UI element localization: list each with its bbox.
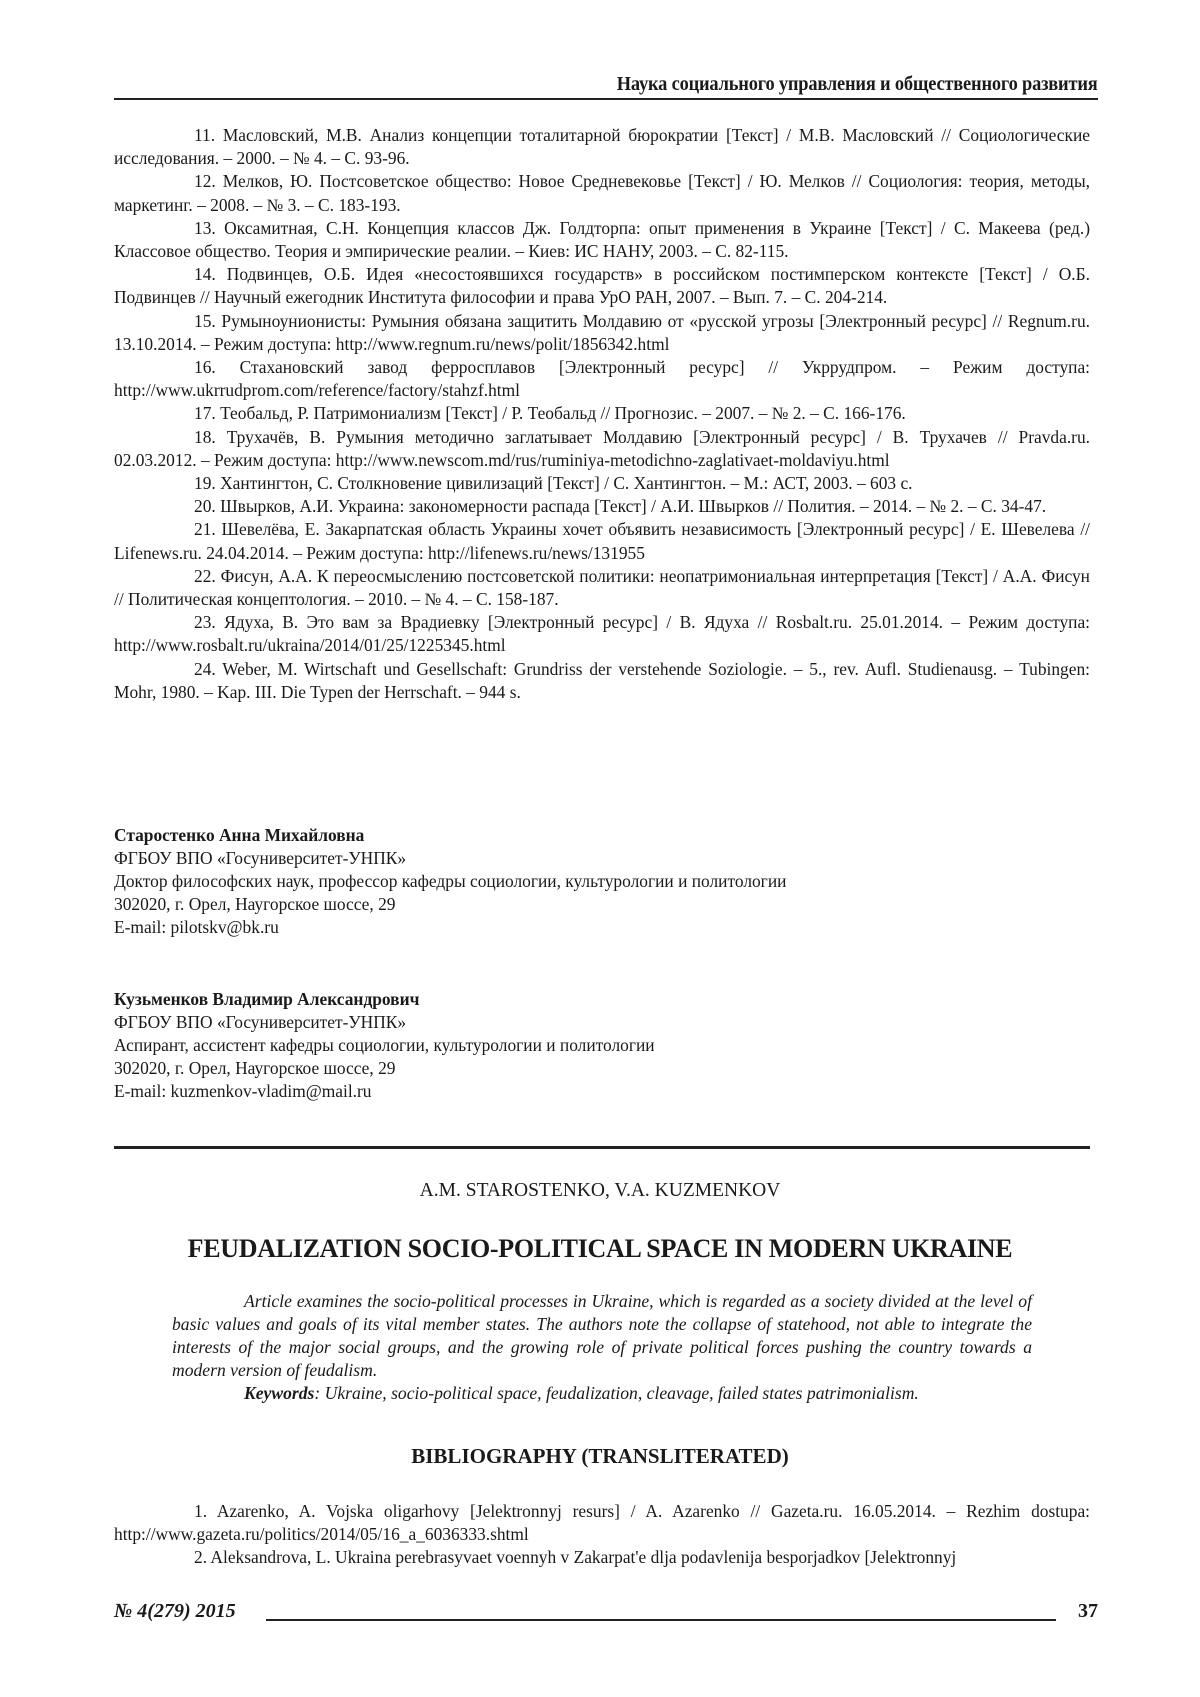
reference-item: 17. Теобальд, Р. Патримониализм [Текст] …	[114, 402, 1090, 425]
page-number: 37	[1078, 1600, 1098, 1623]
reference-item: 18. Трухачёв, В. Румыния методично загла…	[114, 426, 1090, 472]
section-divider	[114, 1146, 1090, 1149]
author-name: Кузьменков Владимир Александрович	[114, 988, 655, 1011]
reference-item: 19. Хантингтон, С. Столкновение цивилиза…	[114, 472, 1090, 495]
reference-item: 23. Ядуха, В. Это вам за Врадиевку [Элек…	[114, 611, 1090, 657]
reference-item: 16. Стахановский завод ферросплавов [Эле…	[114, 356, 1090, 402]
reference-item: 14. Подвинцев, О.Б. Идея «несостоявшихся…	[114, 263, 1090, 309]
running-header: Наука социального управления и обществен…	[114, 70, 1098, 100]
author-address: 302020, г. Орел, Наугорское шоссе, 29	[114, 1057, 655, 1080]
abstract-text: Article examines the socio-political pro…	[172, 1290, 1032, 1382]
journal-title: Наука социального управления и обществен…	[617, 73, 1098, 96]
keywords-label: Keywords	[244, 1383, 314, 1403]
english-authors: A.M. STAROSTENKO, V.A. KUZMENKOV	[0, 1180, 1200, 1202]
references-transliterated: 1. Azarenko, A. Vojska oligarhovy [Jelek…	[114, 1500, 1090, 1570]
keywords-list: : Ukraine, socio-political space, feudal…	[314, 1383, 918, 1403]
issue-number: № 4(279) 2015	[114, 1600, 236, 1623]
bibliography-heading: BIBLIOGRAPHY (TRANSLITERATED)	[0, 1444, 1200, 1469]
author-position: Аспирант, ассистент кафедры социологии, …	[114, 1034, 655, 1057]
reference-item: 22. Фисун, А.А. К переосмыслению постсов…	[114, 565, 1090, 611]
author-info-block: Старостенко Анна Михайловна ФГБОУ ВПО «Г…	[114, 824, 786, 939]
reference-item: 11. Масловский, М.В. Анализ концепции то…	[114, 124, 1090, 170]
reference-item: 21. Шевелёва, Е. Закарпатская область Ук…	[114, 518, 1090, 564]
references-russian: 11. Масловский, М.В. Анализ концепции то…	[114, 124, 1090, 704]
footer-rule	[266, 1619, 1056, 1621]
author-address: 302020, г. Орел, Наугорское шоссе, 29	[114, 893, 786, 916]
english-title: FEUDALIZATION SOCIO-POLITICAL SPACE IN M…	[0, 1234, 1200, 1264]
author-name: Старостенко Анна Михайловна	[114, 824, 786, 847]
document-page: Наука социального управления и обществен…	[0, 0, 1200, 1697]
reference-item: 1. Azarenko, A. Vojska oligarhovy [Jelek…	[114, 1500, 1090, 1546]
reference-item: 15. Румыноунионисты: Румыния обязана защ…	[114, 310, 1090, 356]
author-organization: ФГБОУ ВПО «Госуниверситет-УНПК»	[114, 847, 786, 870]
reference-item: 12. Мелков, Ю. Постсоветское общество: Н…	[114, 170, 1090, 216]
reference-item: 20. Швырков, А.И. Украина: закономерност…	[114, 495, 1090, 518]
author-info-block: Кузьменков Владимир Александрович ФГБОУ …	[114, 988, 655, 1103]
reference-item: 2. Aleksandrova, L. Ukraina perebrasyvae…	[114, 1546, 1090, 1569]
author-organization: ФГБОУ ВПО «Госуниверситет-УНПК»	[114, 1011, 655, 1034]
english-abstract: Article examines the socio-political pro…	[172, 1290, 1032, 1405]
keywords-line: Keywords: Ukraine, socio-political space…	[172, 1382, 1032, 1405]
reference-item: 13. Оксамитная, С.Н. Концепция классов Д…	[114, 217, 1090, 263]
page-footer: № 4(279) 2015 37	[114, 1600, 1098, 1630]
author-email: E-mail: pilotskv@bk.ru	[114, 916, 786, 939]
reference-item: 24. Weber, M. Wirtschaft und Gesellschaf…	[114, 658, 1090, 704]
author-position: Доктор философских наук, профессор кафед…	[114, 870, 786, 893]
author-email: E-mail: kuzmenkov-vladim@mail.ru	[114, 1080, 655, 1103]
